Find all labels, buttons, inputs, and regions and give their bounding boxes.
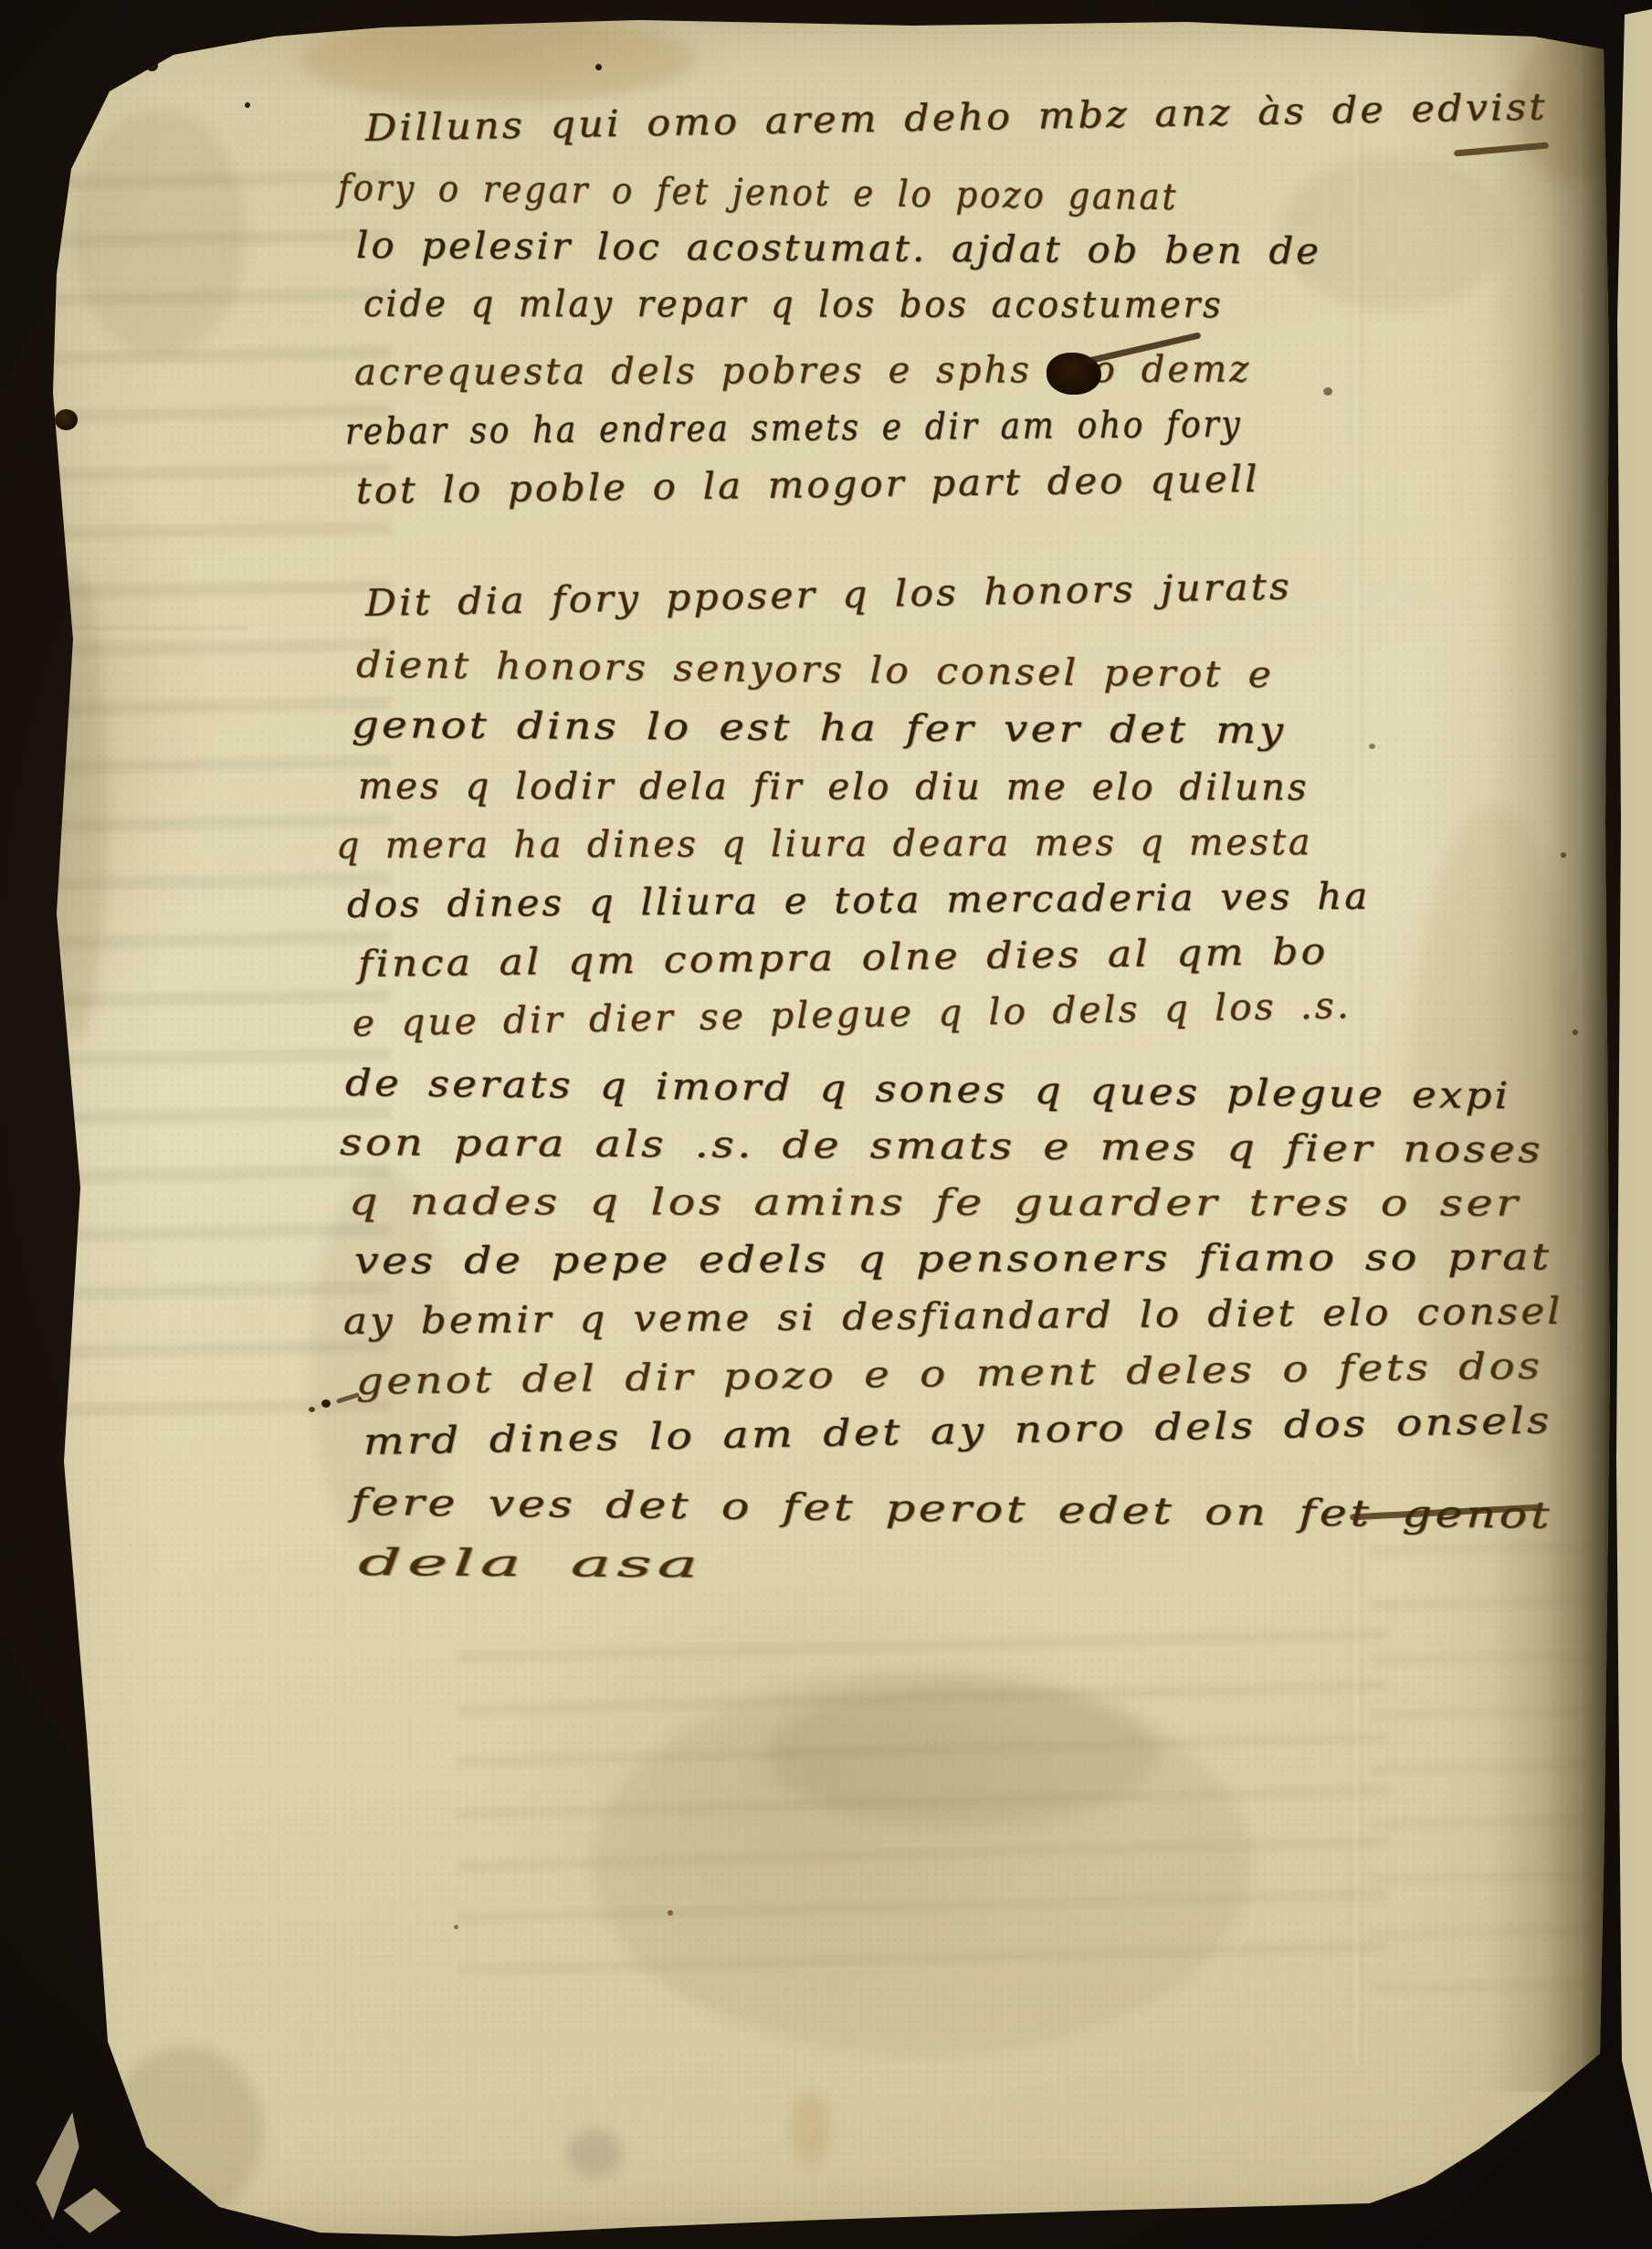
manuscript-line-text: son para als .s. de smats e mes q fier n… — [340, 1122, 1543, 1171]
manuscript-line-text: cide q mlay repar q los bos acostumers — [363, 283, 1224, 326]
manuscript-line-text: Dilluns qui omo arem deho mbz anz às de … — [364, 87, 1548, 150]
manuscript-page: 26 Dilluns qui omo arem deho mbz anz às … — [0, 0, 1652, 2249]
manuscript-line-text: rebar so ha endrea smets e dir am oho fo… — [345, 404, 1243, 453]
manuscript-line-text: fere ves det o fet perot edet on fet gen… — [351, 1482, 1553, 1537]
manuscript-line-text: fory o regar o fet jenot e lo pozo ganat — [338, 167, 1179, 218]
manuscript-line: genot dins lo est ha fer ver det my — [352, 704, 1287, 752]
manuscript-line: genot del dir pozo e o ment deles o fets… — [356, 1346, 1543, 1403]
manuscript-line: dos dines q lliura e tota mercaderia ves… — [347, 876, 1371, 926]
manuscript-line: dela asa — [358, 1542, 703, 1586]
manuscript-line-text: q mera ha dines q liura deara mes q mest… — [336, 821, 1313, 867]
paragraph-1: Dilluns qui omo arem deho mbz anz às de … — [0, 0, 1652, 2249]
manuscript-line: q nades q los amins fe guarder tres o se… — [349, 1181, 1521, 1225]
manuscript-line-text: ay bemir q veme si desfiandard lo diet e… — [343, 1291, 1563, 1343]
manuscript-line-text: e que dir dier se plegue q lo dels q los… — [352, 985, 1352, 1045]
manuscript-line: son para als .s. de smats e mes q fier n… — [340, 1122, 1543, 1171]
manuscript-line-text: de serats q imord q sones q ques plegue … — [345, 1062, 1511, 1117]
stain — [108, 2046, 263, 2220]
manuscript-line-text: genot dins lo est ha fer ver det my — [352, 704, 1287, 752]
ink-spot — [595, 64, 602, 70]
manuscript-line: de serats q imord q sones q ques plegue … — [345, 1062, 1511, 1117]
ink-spot — [1323, 387, 1332, 396]
gutter-shadow — [1488, 0, 1611, 2092]
paper-grain-light — [0, 0, 1652, 2249]
manuscript-line: q mera ha dines q liura deara mes q mest… — [336, 821, 1313, 867]
manuscript-line: ves de pepe edels q pensoners fiamo so p… — [354, 1236, 1552, 1283]
rust-spot — [668, 1910, 673, 1916]
ink-spatter — [321, 1399, 331, 1408]
manuscript-line-text: dient honors senyors lo consel perot e — [356, 644, 1275, 696]
manuscript-line: mrd dines lo am det ay noro dels dos ons… — [363, 1399, 1552, 1463]
manuscript-line-text: finca al qm compra olne dies al qm bo — [358, 931, 1329, 986]
page-crease — [57, 627, 248, 634]
manuscript-line: lo pelesir loc acostumat. ajdat ob ben d… — [356, 225, 1321, 273]
stain — [301, 16, 694, 103]
manuscript-line-text: lo pelesir loc acostumat. ajdat ob ben d… — [356, 225, 1321, 273]
manuscript-line: finca al qm compra olne dies al qm bo — [358, 931, 1329, 986]
stain — [310, 1169, 457, 1553]
bleed-through-text — [53, 137, 391, 1416]
manuscript-line: Dilluns qui omo arem deho mbz anz às de … — [364, 87, 1548, 150]
paragraph-2: Dit dia fory pposer q los honors juratsd… — [0, 0, 1652, 2249]
manuscript-line-text: mes q lodir dela fir elo diu me elo dilu… — [358, 766, 1310, 808]
bleed-through-text — [457, 1617, 1388, 1973]
stain — [44, 566, 108, 1041]
manuscript-line-text: Dit dia fory pposer q los honors jurats — [364, 566, 1292, 625]
manuscript-line-text: mrd dines lo am det ay noro dels dos ons… — [363, 1399, 1552, 1463]
manuscript-line-text: dela asa — [358, 1542, 703, 1586]
paper-grain-dark — [0, 0, 1652, 2249]
manuscript-line: ay bemir q veme si desfiandard lo diet e… — [343, 1291, 1563, 1343]
stain — [73, 110, 247, 356]
ink-spot — [245, 102, 250, 108]
manuscript-line: cide q mlay repar q los bos acostumers — [363, 283, 1224, 326]
stain — [594, 1672, 1251, 2055]
folio-number: 26 — [75, 39, 133, 90]
manuscript-line-text: q nades q los amins fe guarder tres o se… — [349, 1181, 1521, 1225]
stain — [1278, 155, 1507, 311]
manuscript-line-text: genot del dir pozo e o ment deles o fets… — [356, 1346, 1543, 1403]
manuscript-line-text: ves de pepe edels q pensoners fiamo so p… — [354, 1236, 1552, 1283]
manuscript-line: fere ves det o fet perot edet on fet gen… — [351, 1482, 1553, 1537]
manuscript-line-text: tot lo poble o la mogor part deo quell — [356, 459, 1260, 512]
manuscript-line: e que dir dier se plegue q lo dels q los… — [352, 985, 1352, 1045]
ink-blot — [1047, 353, 1101, 395]
manuscript-line: Dit dia fory pposer q los honors jurats — [364, 566, 1292, 625]
ink-spot — [146, 60, 158, 71]
stain — [566, 2128, 623, 2179]
ink-spot — [1369, 744, 1375, 749]
torn-corner-fibers — [61, 2185, 123, 2236]
stain — [790, 2092, 831, 2165]
ink-blot — [55, 409, 78, 430]
manuscript-line: dient honors senyors lo consel perot e — [356, 644, 1275, 696]
page-crease — [1350, 128, 1363, 2064]
manuscript-line-text: dos dines q lliura e tota mercaderia ves… — [347, 876, 1371, 926]
ink-spot — [454, 1925, 458, 1929]
manuscript-scan: 26 Dilluns qui omo arem deho mbz anz às … — [0, 0, 1652, 2249]
manuscript-line: tot lo poble o la mogor part deo quell — [356, 459, 1260, 512]
manuscript-line: mes q lodir dela fir elo diu me elo dilu… — [358, 766, 1310, 808]
manuscript-line: rebar so ha endrea smets e dir am oho fo… — [345, 404, 1243, 453]
manuscript-line: fory o regar o fet jenot e lo pozo ganat — [338, 167, 1179, 218]
bleed-through-stain — [767, 1681, 1160, 1827]
